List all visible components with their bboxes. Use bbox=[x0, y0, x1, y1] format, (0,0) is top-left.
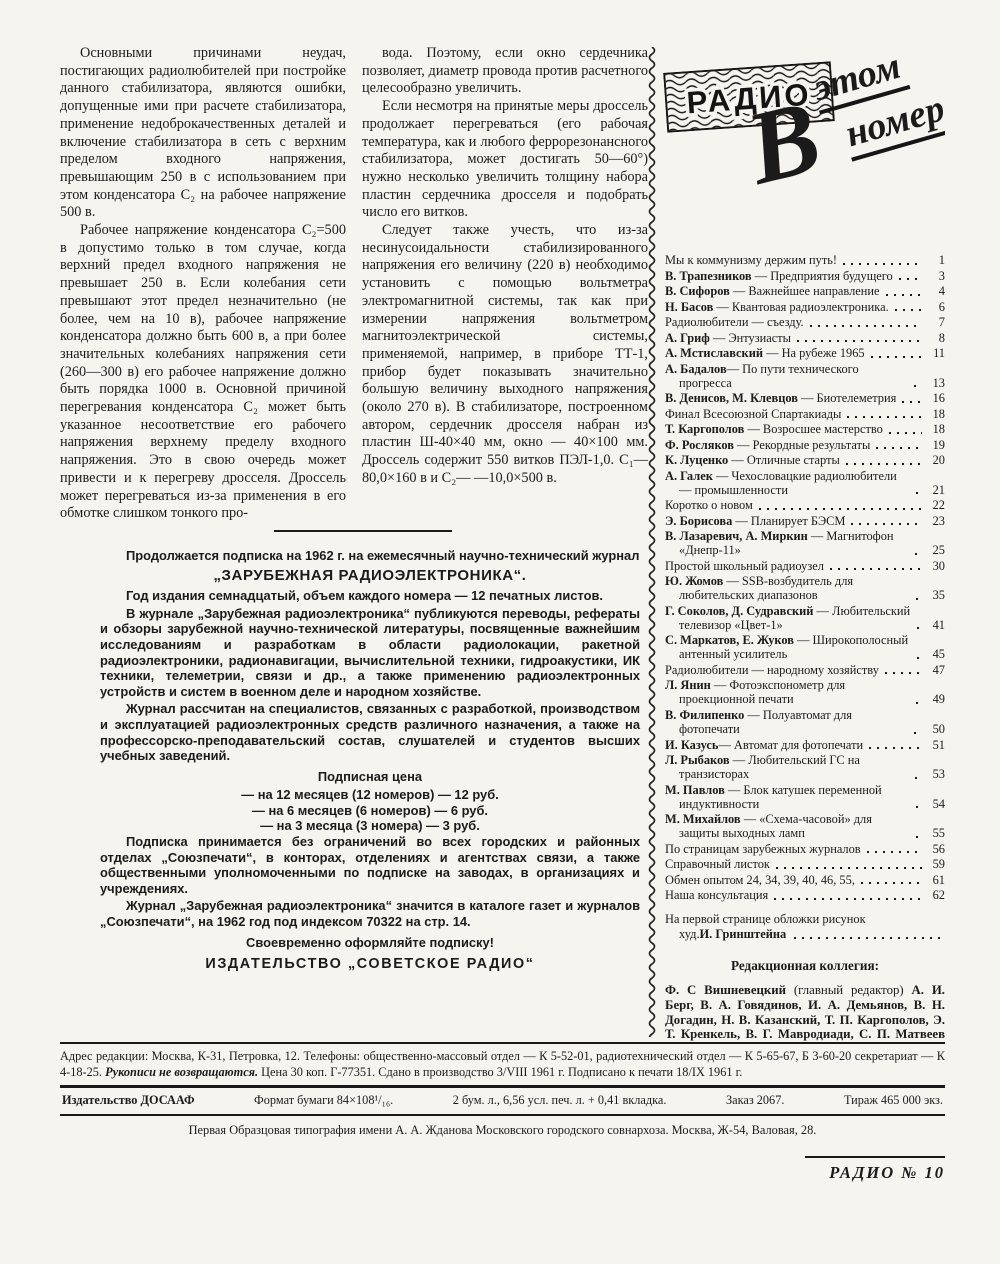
dot-leader bbox=[915, 777, 922, 779]
dot-leader bbox=[917, 627, 922, 629]
toc-entry: Г. Соколов, Д. Судравский — Любительский… bbox=[665, 604, 945, 632]
announcement-paragraph: ИЗДАТЕЛЬСТВО „СОВЕТСКОЕ РАДИО“ bbox=[100, 957, 640, 973]
toc-entry: Мы к коммунизму держим путь! 1 bbox=[665, 253, 945, 267]
dot-leader bbox=[917, 657, 922, 659]
footer-rule-mid bbox=[60, 1114, 945, 1116]
issue-label-block: РАДИО № 10 bbox=[60, 1156, 945, 1183]
toc-entry: По страницам зарубежных журналов 56 bbox=[665, 842, 945, 856]
toc-entry: Радиолюбители — народному хозяйству 47 bbox=[665, 663, 945, 677]
toc-entry: М. Михайлов — «Схема-часовой» для защиты… bbox=[665, 812, 945, 840]
toc-entry-title: Л. Янин — Фотоэкспонометр для проекционн… bbox=[665, 678, 910, 706]
announcement-paragraph: Журнал „Зарубежная радиоэлектроника“ зна… bbox=[100, 898, 640, 929]
dot-leader bbox=[916, 702, 923, 704]
publisher-item: Тираж 465 000 экз. bbox=[844, 1093, 943, 1108]
toc-entry: В. Лазаревич, А. Миркин — Магнитофон «Дн… bbox=[665, 529, 945, 557]
typography-line: Первая Образцовая типография имени А. А.… bbox=[60, 1123, 945, 1138]
dot-leader bbox=[867, 851, 922, 853]
toc-entry-title: Радиолюбители — съезду. bbox=[665, 315, 804, 329]
announcement-paragraph: Своевременно оформляйте подписку! bbox=[100, 935, 640, 951]
article-paragraph: Рабочее напряжение конденсатора С₂=500 в… bbox=[60, 222, 346, 523]
cover-note-line1: На первой странице обложки рисунок bbox=[665, 912, 945, 927]
toc-entry: Ю. Жомов — SSB-возбудитель для любительс… bbox=[665, 574, 945, 602]
announcement-paragraph: — на 3 месяца (3 номера) — 3 руб. bbox=[100, 818, 640, 834]
toc-entry-title: В. Сифоров — Важнейшее направление bbox=[665, 284, 880, 298]
publisher-item: 2 бум. л., 6,56 усл. печ. л. + 0,41 вкла… bbox=[453, 1093, 667, 1108]
toc-entry-title: Э. Борисова — Планирует БЭСМ bbox=[665, 514, 845, 528]
cover-note-line2: худ. И. Гринштейна bbox=[665, 927, 945, 942]
toc-page-number: 49 bbox=[925, 692, 945, 706]
toc-page-number: 22 bbox=[925, 498, 945, 512]
toc-entry: Ф. Росляков — Рекордные результаты 19 bbox=[665, 438, 945, 452]
toc-page-number: 41 bbox=[925, 618, 945, 632]
toc-entry-title: Финал Всесоюзной Спартакиады bbox=[665, 407, 841, 421]
toc-entry-title: Н. Басов — Квантовая радиоэлектроника. bbox=[665, 300, 889, 314]
toc-entry-title: И. Казусь— Автомат для фотопечати bbox=[665, 738, 863, 752]
toc-entry-title: Справочный листок bbox=[665, 857, 770, 871]
toc-page-number: 47 bbox=[925, 663, 945, 677]
magazine-page: Основными причинами неудач, постигающих … bbox=[0, 0, 1000, 1264]
toc-entry-title: В. Лазаревич, А. Миркин — Магнитофон «Дн… bbox=[665, 529, 909, 557]
toc-entry: А. Бадалов— По пути технического прогрес… bbox=[665, 362, 945, 390]
dot-leader bbox=[810, 325, 922, 327]
subscription-announcement: Продолжается подписка на 1962 г. на ежем… bbox=[100, 548, 640, 973]
toc-entry-title: По страницам зарубежных журналов bbox=[665, 842, 861, 856]
dot-leader bbox=[915, 553, 922, 555]
dot-leader bbox=[876, 447, 922, 449]
toc-entry: Справочный листок 59 bbox=[665, 857, 945, 871]
dot-leader bbox=[851, 523, 922, 525]
article-column-2: вода. Поэтому, если окно сердечника позв… bbox=[362, 45, 648, 523]
toc-entry: Н. Басов — Квантовая радиоэлектроника. 6 bbox=[665, 300, 945, 314]
publisher-item: Формат бумаги 84×108¹/₁₆. bbox=[254, 1093, 393, 1108]
toc-entry: Т. Каргополов — Возросшее мастерство 18 bbox=[665, 422, 945, 436]
editorial-board: Редакционная коллегия: Ф. С Вишневецкий … bbox=[665, 958, 945, 1042]
toc-entry-title: С. Маркатов, Е. Жуков — Широкополосный а… bbox=[665, 633, 911, 661]
toc-page-number: 20 bbox=[925, 453, 945, 467]
toc-entry: Обмен опытом 24, 34, 39, 40, 46, 55, 61 bbox=[665, 873, 945, 887]
toc-entry-title: А. Мстиславский — На рубеже 1965 bbox=[665, 346, 865, 360]
toc-page-number: 11 bbox=[925, 346, 945, 360]
article-paragraph: Основными причинами неудач, постигающих … bbox=[60, 45, 346, 222]
toc-entry-title: М. Михайлов — «Схема-часовой» для защиты… bbox=[665, 812, 910, 840]
announcement-paragraph: Продолжается подписка на 1962 г. на ежем… bbox=[100, 548, 640, 564]
dot-leader bbox=[914, 732, 922, 734]
dot-leader bbox=[759, 508, 922, 510]
toc-entry-title: Обмен опытом 24, 34, 39, 40, 46, 55, bbox=[665, 873, 855, 887]
toc-page-number: 3 bbox=[925, 269, 945, 283]
dot-leader bbox=[885, 672, 922, 674]
issue-label: РАДИО № 10 bbox=[829, 1163, 945, 1183]
article-column-1: Основными причинами неудач, постигающих … bbox=[60, 45, 346, 523]
announcement-paragraph: Подписная цена bbox=[100, 769, 640, 785]
toc-page-number: 56 bbox=[925, 842, 945, 856]
toc-entry: Радиолюбители — съезду. 7 bbox=[665, 315, 945, 329]
toc-page-number: 25 bbox=[925, 543, 945, 557]
toc-page-number: 54 bbox=[925, 797, 945, 811]
announcement-paragraph: В журнале „Зарубежная радиоэлектроника“ … bbox=[100, 606, 640, 700]
toc-page-number: 7 bbox=[925, 315, 945, 329]
dot-leader bbox=[847, 416, 922, 418]
toc-entry-title: А. Галек — Чехословацкие радиолюбители —… bbox=[665, 469, 910, 497]
toc-entry: Э. Борисова — Планирует БЭСМ 23 bbox=[665, 514, 945, 528]
article-paragraph: Следует также учесть, что из-за несинусо… bbox=[362, 222, 648, 488]
toc-entry-title: Ю. Жомов — SSB-возбудитель для любительс… bbox=[665, 574, 910, 602]
toc-entry-title: А. Гриф — Энтузиасты bbox=[665, 331, 791, 345]
dot-leader bbox=[886, 294, 922, 296]
toc-entry: И. Казусь— Автомат для фотопечати 51 bbox=[665, 738, 945, 752]
footer-rule-top bbox=[60, 1042, 945, 1044]
toc-entry-title: В. Денисов, М. Клевцов — Биотелеметрия bbox=[665, 391, 896, 405]
wavy-separator bbox=[647, 47, 657, 1037]
announcement-paragraph: Журнал рассчитан на специалистов, связан… bbox=[100, 701, 640, 763]
dot-leader bbox=[869, 747, 922, 749]
toc-page-number: 62 bbox=[925, 888, 945, 902]
address-line: Адрес редакции: Москва, К-31, Петровка, … bbox=[60, 1048, 945, 1080]
toc-page-number: 18 bbox=[925, 407, 945, 421]
toc-page-number: 53 bbox=[925, 767, 945, 781]
toc-entry: В. Денисов, М. Клевцов — Биотелеметрия 1… bbox=[665, 391, 945, 405]
cover-note: На первой странице обложки рисунок худ. … bbox=[665, 912, 945, 942]
publisher-row: Издательство ДОСААФ Формат бумаги 84×108… bbox=[60, 1088, 945, 1114]
announcement-paragraph: — на 12 месяцев (12 номеров) — 12 руб. bbox=[100, 787, 640, 803]
dot-leader bbox=[843, 263, 922, 265]
dot-leader bbox=[830, 568, 922, 570]
toc-entry-title: М. Павлов — Блок катушек переменной инду… bbox=[665, 783, 910, 811]
toc-entry-title: Л. Рыбаков — Любительский ГС на транзист… bbox=[665, 753, 909, 781]
toc-entry: Коротко о новом 22 bbox=[665, 498, 945, 512]
magazine-logo: РАДИО РАДИО В этом номере bbox=[665, 51, 945, 253]
toc-entry: Наша консультация 62 bbox=[665, 888, 945, 902]
article-and-announcement-zone: Основными причинами неудач, постигающих … bbox=[60, 45, 647, 1042]
toc-entry: К. Луценко — Отличные старты 20 bbox=[665, 453, 945, 467]
dot-leader bbox=[774, 898, 922, 900]
publisher-item: Заказ 2067. bbox=[726, 1093, 784, 1108]
issue-rule bbox=[805, 1156, 945, 1158]
toc-entry: Финал Всесоюзной Спартакиады 18 bbox=[665, 407, 945, 421]
dot-leader bbox=[871, 356, 922, 358]
toc-page-number: 50 bbox=[925, 722, 945, 736]
toc-page-number: 59 bbox=[925, 857, 945, 871]
toc-entry: А. Галек — Чехословацкие радиолюбители —… bbox=[665, 469, 945, 497]
dot-leader bbox=[916, 492, 922, 494]
announcement-paragraph: Подписка принимается без ограничений во … bbox=[100, 834, 640, 896]
toc-entry: А. Мстиславский — На рубеже 1965 11 bbox=[665, 346, 945, 360]
toc-entry-title: В. Филипенко — Полуавтомат для фотопечат… bbox=[665, 708, 908, 736]
toc-page-number: 23 bbox=[925, 514, 945, 528]
article-paragraph: Если несмотря на принятые меры дроссель … bbox=[362, 98, 648, 222]
dot-leader bbox=[916, 598, 922, 600]
toc-entry-title: Коротко о новом bbox=[665, 498, 753, 512]
toc-entry-title: Наша консультация bbox=[665, 888, 768, 902]
dot-leader bbox=[861, 882, 922, 884]
toc-entry: Простой школьный радиоузел 30 bbox=[665, 559, 945, 573]
main-content: Основными причинами неудач, постигающих … bbox=[60, 45, 945, 1042]
dot-leader bbox=[914, 385, 922, 387]
editorial-members: Ф. С Вишневецкий (главный редактор) А. И… bbox=[665, 983, 945, 1042]
article-paragraph: вода. Поэтому, если окно сердечника позв… bbox=[362, 45, 648, 98]
toc-page-number: 21 bbox=[925, 483, 945, 497]
toc-entry: Л. Янин — Фотоэкспонометр для проекционн… bbox=[665, 678, 945, 706]
toc-page-number: 6 bbox=[925, 300, 945, 314]
toc-entry-title: Ф. Росляков — Рекордные результаты bbox=[665, 438, 870, 452]
toc-entry: А. Гриф — Энтузиасты 8 bbox=[665, 331, 945, 345]
dot-leader bbox=[916, 806, 922, 808]
dot-leader bbox=[899, 278, 922, 280]
dot-leader bbox=[846, 463, 922, 465]
publisher-item: Издательство ДОСААФ bbox=[62, 1093, 195, 1108]
toc-entry-title: Г. Соколов, Д. Судравский — Любительский… bbox=[665, 604, 911, 632]
contents-zone: РАДИО РАДИО В этом номере Мы к коммунизм… bbox=[647, 45, 945, 1042]
toc-page-number: 4 bbox=[925, 284, 945, 298]
dot-leader bbox=[902, 401, 922, 403]
table-of-contents: Мы к коммунизму держим путь! 1 В. Трапез… bbox=[665, 253, 945, 902]
announcement-paragraph: — на 6 месяцев (6 номеров) — 6 руб. bbox=[100, 803, 640, 819]
toc-page-number: 45 bbox=[925, 647, 945, 661]
toc-entry-title: А. Бадалов— По пути технического прогрес… bbox=[665, 362, 908, 390]
toc-entry-title: Мы к коммунизму держим путь! bbox=[665, 253, 837, 267]
toc-page-number: 19 bbox=[925, 438, 945, 452]
toc-page-number: 18 bbox=[925, 422, 945, 436]
dot-leader bbox=[895, 309, 922, 311]
toc-page-number: 16 bbox=[925, 391, 945, 405]
toc-entry: Л. Рыбаков — Любительский ГС на транзист… bbox=[665, 753, 945, 781]
announcement-paragraph: Год издания семнадцатый, объем каждого н… bbox=[100, 588, 640, 604]
toc-entry-title: Т. Каргополов — Возросшее мастерство bbox=[665, 422, 883, 436]
toc-entry-title: К. Луценко — Отличные старты bbox=[665, 453, 840, 467]
announcement-paragraph: „ЗАРУБЕЖНАЯ РАДИОЭЛЕКТРОНИКА“. bbox=[100, 568, 640, 584]
toc-entry-title: Радиолюбители — народному хозяйству bbox=[665, 663, 879, 677]
toc-entry: В. Трапезников — Предприятия будущего 3 bbox=[665, 269, 945, 283]
toc-page-number: 13 bbox=[925, 376, 945, 390]
toc-page-number: 1 bbox=[925, 253, 945, 267]
toc-page-number: 30 bbox=[925, 559, 945, 573]
toc-entry: В. Филипенко — Полуавтомат для фотопечат… bbox=[665, 708, 945, 736]
toc-page-number: 35 bbox=[925, 588, 945, 602]
toc-entry: В. Сифоров — Важнейшее направление 4 bbox=[665, 284, 945, 298]
dot-leader bbox=[916, 836, 922, 838]
toc-entry: М. Павлов — Блок катушек переменной инду… bbox=[665, 783, 945, 811]
toc-page-number: 51 bbox=[925, 738, 945, 752]
toc-page-number: 61 bbox=[925, 873, 945, 887]
toc-entry-title: Простой школьный радиоузел bbox=[665, 559, 824, 573]
dot-leader bbox=[794, 937, 942, 939]
editorial-heading: Редакционная коллегия: bbox=[665, 958, 945, 974]
dot-leader bbox=[889, 432, 922, 434]
toc-page-number: 55 bbox=[925, 826, 945, 840]
article-text: Основными причинами неудач, постигающих … bbox=[60, 45, 647, 523]
toc-entry-title: В. Трапезников — Предприятия будущего bbox=[665, 269, 893, 283]
article-end-divider bbox=[274, 530, 452, 532]
toc-page-number: 8 bbox=[925, 331, 945, 345]
imprint-footer: Адрес редакции: Москва, К-31, Петровка, … bbox=[60, 1042, 945, 1183]
dot-leader bbox=[776, 867, 922, 869]
dot-leader bbox=[797, 340, 922, 342]
toc-entry: С. Маркатов, Е. Жуков — Широкополосный а… bbox=[665, 633, 945, 661]
